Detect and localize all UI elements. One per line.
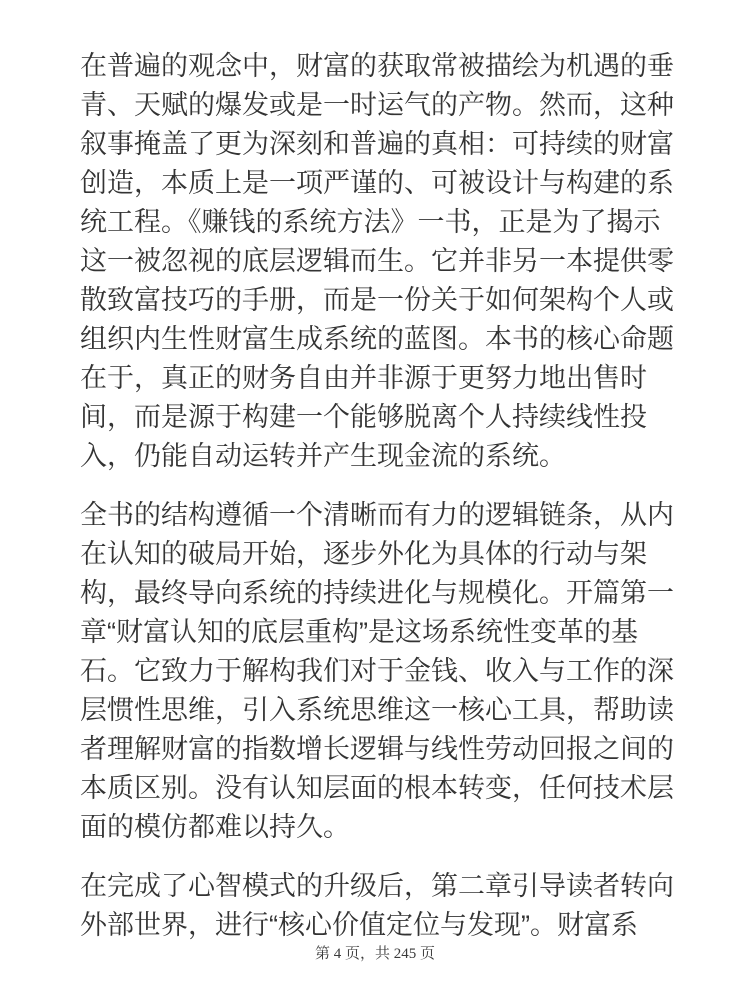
text-line: 入，仍能自动运转并产生现金流的系统。	[80, 437, 680, 476]
text-line: 层惯性思维，引入系统思维这一核心工具，帮助读	[80, 691, 680, 730]
text-line: 外部世界，进行“核心价值定位与发现”。财富系	[80, 906, 680, 945]
text-line: 在普遍的观念中，财富的获取常被描绘为机遇的垂	[80, 47, 680, 86]
text-line: 章“财富认知的底层重构”是这场系统性变革的基	[80, 613, 680, 652]
text-line: 本质区别。没有认知层面的根本转变，任何技术层	[80, 769, 680, 808]
text-line: 构，最终导向系统的持续进化与规模化。开篇第一	[80, 574, 680, 613]
text-line: 组织内生性财富生成系统的蓝图。本书的核心命题	[80, 320, 680, 359]
text-line: 统工程。《赚钱的系统方法》一书，正是为了揭示	[80, 203, 680, 242]
text-line: 在认知的破局开始，逐步外化为具体的行动与架	[80, 535, 680, 574]
paragraph-3: 在完成了心智模式的升级后，第二章引导读者转向 外部世界，进行“核心价值定位与发现…	[80, 867, 680, 945]
text-line: 散致富技巧的手册，而是一份关于如何架构个人或	[80, 281, 680, 320]
text-line: 在于，真正的财务自由并非源于更努力地出售时	[80, 359, 680, 398]
text-line: 这一被忽视的底层逻辑而生。它并非另一本提供零	[80, 242, 680, 281]
text-line: 面的模仿都难以持久。	[80, 808, 680, 847]
paragraph-1: 在普遍的观念中，财富的获取常被描绘为机遇的垂 青、天赋的爆发或是一时运气的产物。…	[80, 47, 680, 476]
text-line: 创造，本质上是一项严谨的、可被设计与构建的系	[80, 164, 680, 203]
text-line: 间，而是源于构建一个能够脱离个人持续线性投	[80, 398, 680, 437]
page-number-indicator: 第 4 页，共 245 页	[0, 944, 750, 964]
paragraph-2: 全书的结构遵循一个清晰而有力的逻辑链条，从内 在认知的破局开始，逐步外化为具体的…	[80, 496, 680, 847]
document-content: 在普遍的观念中，财富的获取常被描绘为机遇的垂 青、天赋的爆发或是一时运气的产物。…	[80, 47, 680, 965]
text-line: 叙事掩盖了更为深刻和普遍的真相：可持续的财富	[80, 125, 680, 164]
text-line: 全书的结构遵循一个清晰而有力的逻辑链条，从内	[80, 496, 680, 535]
document-page: 在普遍的观念中，财富的获取常被描绘为机遇的垂 青、天赋的爆发或是一时运气的产物。…	[0, 0, 750, 1000]
text-line: 石。它致力于解构我们对于金钱、收入与工作的深	[80, 652, 680, 691]
text-line: 在完成了心智模式的升级后，第二章引导读者转向	[80, 867, 680, 906]
text-line: 青、天赋的爆发或是一时运气的产物。然而，这种	[80, 86, 680, 125]
text-line: 者理解财富的指数增长逻辑与线性劳动回报之间的	[80, 730, 680, 769]
